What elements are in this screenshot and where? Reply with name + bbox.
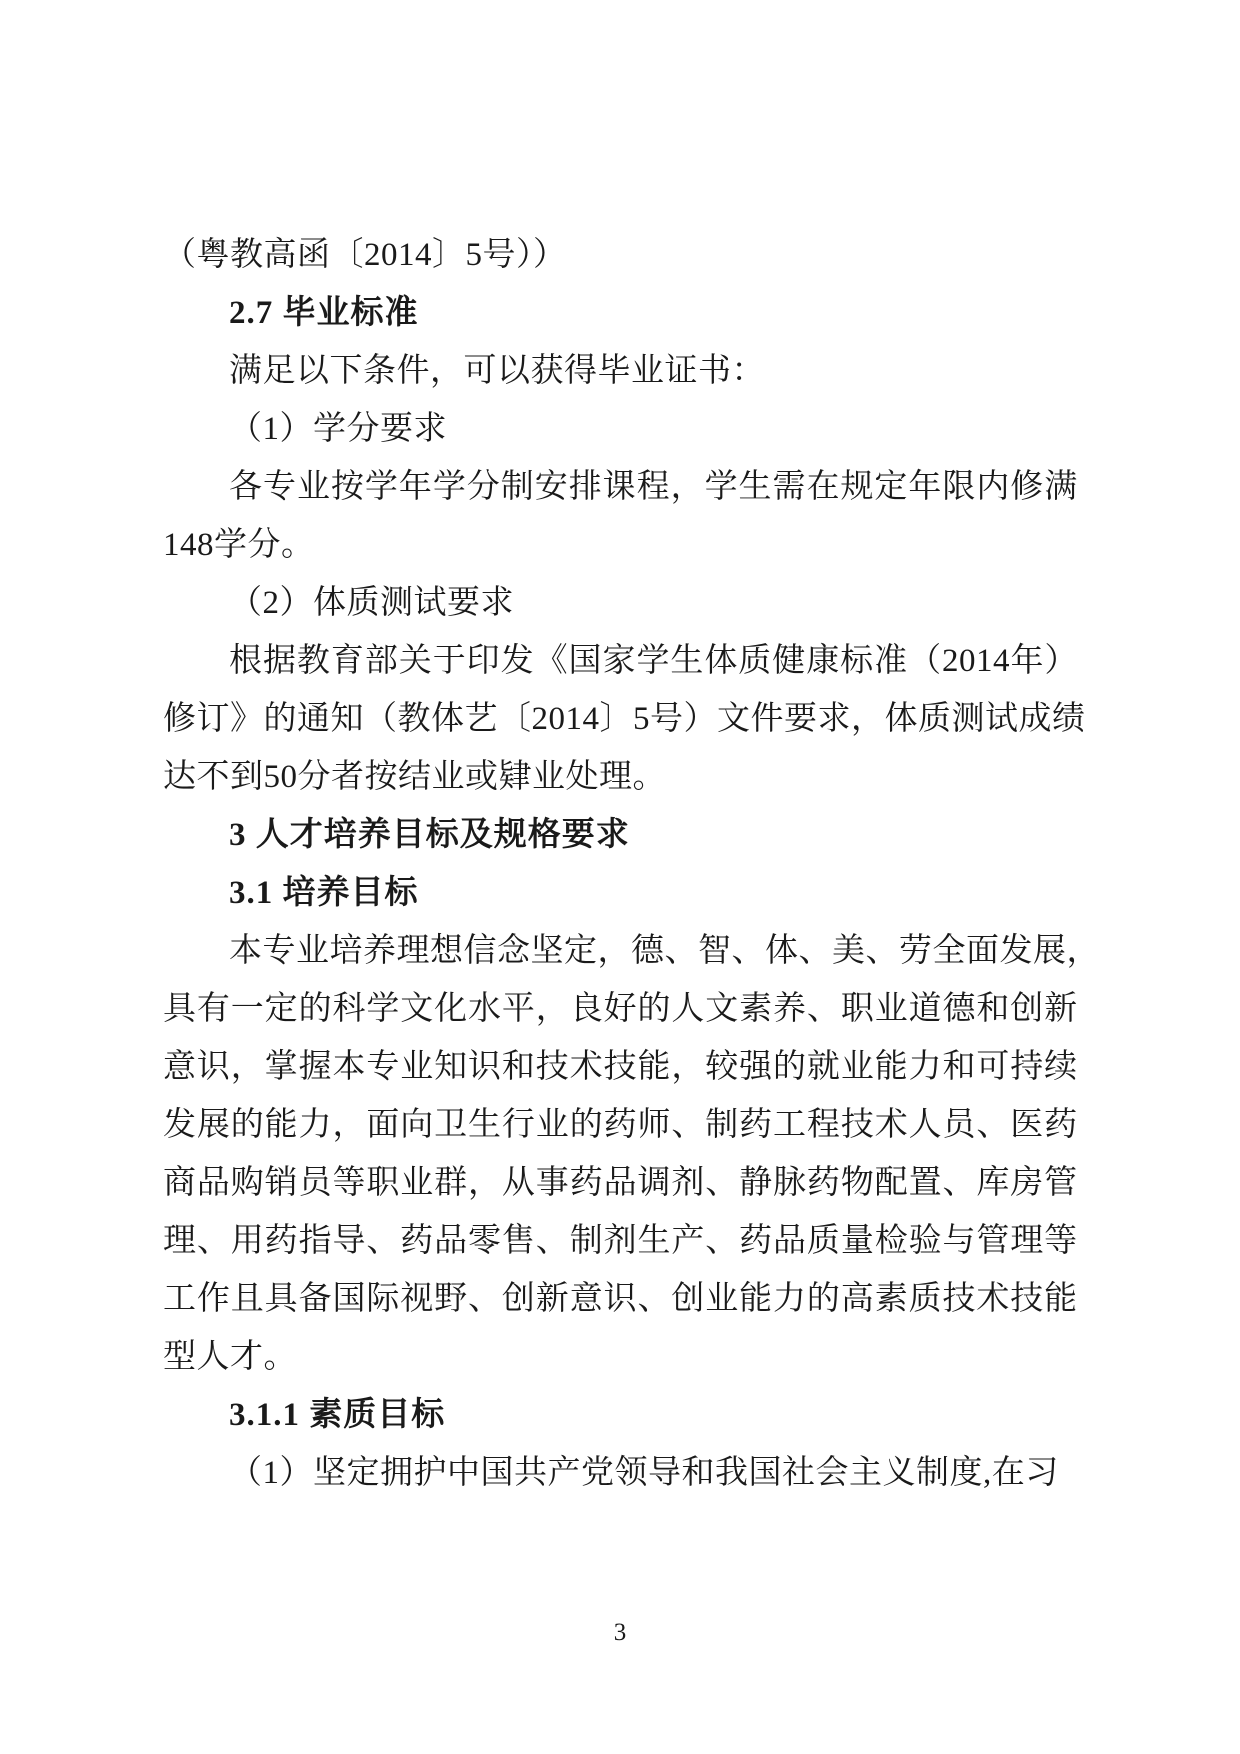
text-segment: 体 xyxy=(885,690,919,748)
text-segment: 、 xyxy=(536,1212,570,1270)
text-line: 各专业按学年学分制安排课程，学生需在规定年限内修满 xyxy=(163,458,1078,516)
page-body: （粤教高函〔2014〕5号））2.7 毕业标准满足以下条件，可以获得毕业证书：（… xyxy=(163,226,1078,1502)
text-segment: ， xyxy=(1067,922,1101,980)
text-segment: 、 xyxy=(942,1154,976,1212)
text-segment: 从 xyxy=(502,1154,536,1212)
text-segment: 群 xyxy=(434,1154,468,1212)
text-segment: 德 xyxy=(631,922,665,980)
text-segment: 业 xyxy=(875,980,909,1038)
text-segment: ） xyxy=(1044,632,1078,690)
text-segment: ， xyxy=(231,1038,265,1096)
text-segment: 全 xyxy=(933,922,967,980)
text-segment: 技 xyxy=(942,1270,976,1328)
page-number: 3 xyxy=(0,1612,1240,1654)
text-segment: 事 xyxy=(536,1154,570,1212)
text-segment: 关 xyxy=(399,632,433,690)
text-segment: ， xyxy=(468,1154,502,1212)
text-segment: 体 xyxy=(704,632,738,690)
text-segment: 水 xyxy=(468,980,502,1038)
text-segment: （ xyxy=(364,690,398,748)
text-segment: 剂 xyxy=(671,1154,705,1212)
text-segment: 专 xyxy=(263,922,297,980)
text-segment: 要 xyxy=(784,690,818,748)
text-segment: 修 xyxy=(1010,458,1044,516)
text-segment: 指 xyxy=(299,1212,333,1270)
text-segment: 识 xyxy=(604,1270,638,1328)
text-segment: 、 xyxy=(705,1154,739,1212)
text-segment: 新 xyxy=(1044,980,1078,1038)
text-line: 148学分。 xyxy=(163,516,1078,574)
text-segment: 业 xyxy=(536,1096,570,1154)
text-segment: 道 xyxy=(909,980,943,1038)
text-segment: 力 xyxy=(909,1038,943,1096)
text-segment: 生 xyxy=(739,458,773,516)
text-segment: 专 xyxy=(366,1038,400,1096)
text-segment: 面 xyxy=(966,922,1000,980)
text-segment: 的 xyxy=(299,980,333,1038)
text-segment: 、 xyxy=(732,922,766,980)
text-segment: 印 xyxy=(467,632,501,690)
text-segment: 养 xyxy=(773,980,807,1038)
text-segment: 续 xyxy=(1044,1038,1078,1096)
text-segment: 展 xyxy=(1033,922,1067,980)
text-segment: 创 xyxy=(502,1270,536,1328)
text-segment: 野 xyxy=(434,1270,468,1328)
text-segment: 力 xyxy=(299,1096,333,1154)
text-segment: 修 xyxy=(163,690,197,748)
text-segment: 成 xyxy=(1019,690,1053,748)
text-segment: 劳 xyxy=(899,922,933,980)
text-segment: 各 xyxy=(229,458,263,516)
text-segment: 业 xyxy=(400,1154,434,1212)
text-segment: 零 xyxy=(468,1212,502,1270)
section-heading: 3 人才培养目标及规格要求 xyxy=(163,806,1078,864)
text-segment: 物 xyxy=(841,1154,875,1212)
text-segment: 定 xyxy=(265,980,299,1038)
text-segment: 业 xyxy=(297,458,331,516)
text-segment: 按 xyxy=(331,458,365,516)
text-segment: 创 xyxy=(1010,980,1044,1038)
text-segment: 具 xyxy=(163,980,197,1038)
text-segment: 业 xyxy=(705,1270,739,1328)
text-segment: 规 xyxy=(840,458,874,516)
text-segment: 育 xyxy=(331,632,365,690)
text-segment: 能 xyxy=(739,1270,773,1328)
text-segment: 、 xyxy=(976,1096,1010,1154)
text-segment: 销 xyxy=(265,1154,299,1212)
text-segment: ） xyxy=(684,690,718,748)
text-segment: 德 xyxy=(942,980,976,1038)
text-segment: 想 xyxy=(430,922,464,980)
text-segment: 制 xyxy=(705,1096,739,1154)
text-segment: 管 xyxy=(976,1212,1010,1270)
section-heading: 3.1 培养目标 xyxy=(163,864,1078,922)
document-page: （粤教高函〔2014〕5号））2.7 毕业标准满足以下条件，可以获得毕业证书：（… xyxy=(0,0,1240,1754)
text-segment: ， xyxy=(671,458,705,516)
text-segment: 员 xyxy=(299,1154,333,1212)
text-segment: 化 xyxy=(434,980,468,1038)
text-segment: 人 xyxy=(671,980,705,1038)
text-segment: 技 xyxy=(841,1096,875,1154)
text-segment: 国 xyxy=(332,1270,366,1328)
text-segment: 面 xyxy=(366,1096,400,1154)
text-segment: ， xyxy=(851,690,885,748)
text-segment: 学 xyxy=(705,458,739,516)
text-segment: 药 xyxy=(400,1212,434,1270)
text-segment: 本 xyxy=(229,922,263,980)
text-segment: 号 xyxy=(650,690,684,748)
text-segment: 库 xyxy=(976,1154,1010,1212)
text-segment: 学 xyxy=(433,458,467,516)
text-segment: 》 xyxy=(230,690,264,748)
text-segment: 购 xyxy=(231,1154,265,1212)
text-segment: 平 xyxy=(502,980,536,1038)
text-segment: 订 xyxy=(197,690,231,748)
text-line: 型人才。 xyxy=(163,1328,1078,1386)
text-segment: 产 xyxy=(671,1212,705,1270)
text-segment: 质 xyxy=(918,690,952,748)
text-segment: 2014 xyxy=(532,690,600,748)
text-segment: 5 xyxy=(633,690,650,748)
text-segment: 的 xyxy=(637,980,671,1038)
text-segment: 视 xyxy=(400,1270,434,1328)
text-segment: 、 xyxy=(671,1096,705,1154)
text-segment: 技 xyxy=(604,1038,638,1096)
text-segment: 发 xyxy=(163,1096,197,1154)
text-segment: 一 xyxy=(231,980,265,1038)
text-segment: 家 xyxy=(602,632,636,690)
text-segment: 标 xyxy=(840,632,874,690)
text-line: 发展的能力，面向卫生行业的药师、制药工程技术人员、医药 xyxy=(163,1096,1078,1154)
text-segment: 2014 xyxy=(942,632,1010,690)
text-segment: 和 xyxy=(502,1038,536,1096)
text-segment: 的 xyxy=(264,690,298,748)
text-segment: 创 xyxy=(671,1270,705,1328)
text-segment: 满 xyxy=(1044,458,1078,516)
text-segment: 信 xyxy=(464,922,498,980)
text-segment: 程 xyxy=(637,458,671,516)
text-segment: ， xyxy=(598,922,632,980)
text-segment: 本 xyxy=(332,1038,366,1096)
text-segment: 工 xyxy=(163,1270,197,1328)
text-segment: 检 xyxy=(875,1212,909,1270)
text-segment: 内 xyxy=(976,458,1010,516)
text-segment: 理 xyxy=(163,1212,197,1270)
text-segment: 国 xyxy=(569,632,603,690)
text-segment: 程 xyxy=(807,1096,841,1154)
text-segment: 、 xyxy=(637,1270,671,1328)
text-segment: 可 xyxy=(976,1038,1010,1096)
text-segment: 《 xyxy=(535,632,569,690)
text-segment: 〕 xyxy=(600,690,634,748)
text-segment: 康 xyxy=(806,632,840,690)
text-segment: 配 xyxy=(875,1154,909,1212)
text-line: 具有一定的科学文化水平，良好的人文素养、职业道德和创新 xyxy=(163,980,1078,1038)
text-segment: ， xyxy=(332,1096,366,1154)
text-segment: 、 xyxy=(807,980,841,1038)
text-segment: 静 xyxy=(739,1154,773,1212)
text-segment: 年 xyxy=(908,458,942,516)
text-segment: 发 xyxy=(1000,922,1034,980)
text-segment: 验 xyxy=(909,1212,943,1270)
text-segment: 限 xyxy=(942,458,976,516)
text-segment: 文 xyxy=(717,690,751,748)
text-segment: 质 xyxy=(807,1212,841,1270)
text-segment: 、 xyxy=(665,922,699,980)
text-segment: 美 xyxy=(832,922,866,980)
text-segment: 生 xyxy=(468,1096,502,1154)
text-segment: 学 xyxy=(636,632,670,690)
text-segment: 展 xyxy=(197,1096,231,1154)
text-segment: 医 xyxy=(1010,1096,1044,1154)
text-segment: 的 xyxy=(773,1038,807,1096)
text-segment: 素 xyxy=(875,1270,909,1328)
text-segment: 教 xyxy=(398,690,432,748)
text-segment: 艺 xyxy=(465,690,499,748)
text-segment: 意 xyxy=(570,1270,604,1328)
text-segment: 品 xyxy=(197,1154,231,1212)
text-segment: 业 xyxy=(841,1038,875,1096)
text-segment: 文 xyxy=(400,980,434,1038)
text-segment: 理 xyxy=(397,922,431,980)
text-segment: 、 xyxy=(366,1212,400,1270)
text-segment: 技 xyxy=(1010,1270,1044,1328)
text-segment: 制 xyxy=(501,458,535,516)
text-segment: 力 xyxy=(773,1270,807,1328)
text-segment: 药 xyxy=(570,1154,604,1212)
text-segment: 科 xyxy=(332,980,366,1038)
text-segment: 、 xyxy=(468,1270,502,1328)
text-segment: 培 xyxy=(330,922,364,980)
text-segment: 需 xyxy=(773,458,807,516)
text-segment: 具 xyxy=(265,1270,299,1328)
section-heading: 3.1.1 素质目标 xyxy=(163,1386,1078,1444)
text-segment: 测 xyxy=(952,690,986,748)
text-segment: 向 xyxy=(400,1096,434,1154)
text-line: 商品购销员等职业群，从事药品调剂、静脉药物配置、库房管 xyxy=(163,1154,1078,1212)
text-segment: 根 xyxy=(229,632,263,690)
text-line: 满足以下条件，可以获得毕业证书： xyxy=(163,342,1078,400)
text-segment: 绩 xyxy=(1052,690,1086,748)
text-segment: 专 xyxy=(263,458,297,516)
text-segment: 药 xyxy=(807,1154,841,1212)
text-segment: 能 xyxy=(1044,1270,1078,1328)
text-segment: 管 xyxy=(1044,1154,1078,1212)
text-segment: 术 xyxy=(875,1096,909,1154)
text-segment: 排 xyxy=(569,458,603,516)
text-segment: 职 xyxy=(841,980,875,1038)
text-line: 理、用药指导、药品零售、制剂生产、药品质量检验与管理等 xyxy=(163,1212,1078,1270)
text-segment: 、 xyxy=(866,922,900,980)
text-segment: 能 xyxy=(265,1096,299,1154)
text-segment: 工 xyxy=(773,1096,807,1154)
text-segment: 调 xyxy=(637,1154,671,1212)
text-segment: 和 xyxy=(942,1038,976,1096)
text-segment: 作 xyxy=(197,1270,231,1328)
text-segment: 制 xyxy=(570,1212,604,1270)
text-segment: 房 xyxy=(1010,1154,1044,1212)
text-segment: 卫 xyxy=(434,1096,468,1154)
text-segment: 发 xyxy=(501,632,535,690)
text-segment: 高 xyxy=(841,1270,875,1328)
text-segment: 求 xyxy=(818,690,852,748)
text-segment: 行 xyxy=(502,1096,536,1154)
text-segment: 用 xyxy=(231,1212,265,1270)
text-segment: 人 xyxy=(909,1096,943,1154)
text-segment: 且 xyxy=(231,1270,265,1328)
text-segment: 知 xyxy=(331,690,365,748)
text-segment: 于 xyxy=(433,632,467,690)
text-segment: （ xyxy=(908,632,942,690)
text-segment: 员 xyxy=(942,1096,976,1154)
text-segment: 、 xyxy=(799,922,833,980)
text-segment: 课 xyxy=(603,458,637,516)
text-segment: 等 xyxy=(1044,1212,1078,1270)
text-segment: 有 xyxy=(197,980,231,1038)
text-segment: 技 xyxy=(536,1038,570,1096)
text-segment: 较 xyxy=(705,1038,739,1096)
text-line: （粤教高函〔2014〕5号）） xyxy=(163,226,1078,284)
text-segment: 年 xyxy=(399,458,433,516)
text-segment: 师 xyxy=(637,1096,671,1154)
text-segment: 安 xyxy=(535,458,569,516)
text-segment: 际 xyxy=(366,1270,400,1328)
text-segment: 养 xyxy=(363,922,397,980)
text-segment: 强 xyxy=(739,1038,773,1096)
text-segment: 部 xyxy=(365,632,399,690)
text-segment: 理 xyxy=(1010,1212,1044,1270)
text-segment: ， xyxy=(536,980,570,1038)
text-line: 工作且具备国际视野、创新意识、创业能力的高素质技术技能 xyxy=(163,1270,1078,1328)
text-segment: 新 xyxy=(536,1270,570,1328)
text-segment: 掌 xyxy=(265,1038,299,1096)
text-segment: 据 xyxy=(263,632,297,690)
text-segment: 学 xyxy=(366,980,400,1038)
text-segment: 业 xyxy=(296,922,330,980)
text-segment: 售 xyxy=(502,1212,536,1270)
text-segment: 脉 xyxy=(773,1154,807,1212)
text-segment: 年 xyxy=(1010,632,1044,690)
text-segment: 〔 xyxy=(498,690,532,748)
text-segment: 通 xyxy=(297,690,331,748)
text-segment: 念 xyxy=(497,922,531,980)
text-line: 意识，掌握本专业知识和技术技能，较强的就业能力和可持续 xyxy=(163,1038,1078,1096)
text-segment: 品 xyxy=(434,1212,468,1270)
text-segment: 生 xyxy=(637,1212,671,1270)
text-line: 修订》的通知（教体艺〔2014〕5号）文件要求，体质测试成绩 xyxy=(163,690,1078,748)
text-segment: 体 xyxy=(765,922,799,980)
text-segment: 健 xyxy=(772,632,806,690)
text-segment: 品 xyxy=(773,1212,807,1270)
text-segment: 持 xyxy=(1010,1038,1044,1096)
text-segment: 定 xyxy=(564,922,598,980)
text-segment: 药 xyxy=(1044,1096,1078,1154)
text-segment: 的 xyxy=(807,1270,841,1328)
text-segment: 体 xyxy=(431,690,465,748)
text-segment: 的 xyxy=(231,1096,265,1154)
text-segment: 术 xyxy=(570,1038,604,1096)
text-segment: 在 xyxy=(806,458,840,516)
text-segment: 良 xyxy=(570,980,604,1038)
text-line: 达不到50分者按结业或肄业处理。 xyxy=(163,748,1078,806)
text-segment: 的 xyxy=(570,1096,604,1154)
text-segment: 学 xyxy=(365,458,399,516)
text-line: （1）坚定拥护中国共产党领导和我国社会主义制度,在习 xyxy=(163,1444,1078,1502)
text-segment: 能 xyxy=(637,1038,671,1096)
text-segment: 药 xyxy=(265,1212,299,1270)
text-segment: ， xyxy=(671,1038,705,1096)
text-segment: 商 xyxy=(163,1154,197,1212)
text-segment: 件 xyxy=(751,690,785,748)
text-segment: 量 xyxy=(841,1212,875,1270)
text-segment: 品 xyxy=(604,1154,638,1212)
text-segment: 置 xyxy=(909,1154,943,1212)
text-segment: 导 xyxy=(332,1212,366,1270)
text-segment: 坚 xyxy=(531,922,565,980)
text-segment: 定 xyxy=(874,458,908,516)
text-segment: 智 xyxy=(698,922,732,980)
text-segment: 能 xyxy=(875,1038,909,1096)
text-segment: 知 xyxy=(434,1038,468,1096)
text-segment: 素 xyxy=(739,980,773,1038)
text-segment: 术 xyxy=(976,1270,1010,1328)
text-segment: 药 xyxy=(739,1212,773,1270)
text-segment: 好 xyxy=(604,980,638,1038)
text-segment: 等 xyxy=(332,1154,366,1212)
text-segment: 试 xyxy=(985,690,1019,748)
text-segment: 与 xyxy=(942,1212,976,1270)
text-line: 根据教育部关于印发《国家学生体质健康标准（2014年） xyxy=(163,632,1078,690)
text-line: （1）学分要求 xyxy=(163,400,1078,458)
text-line: （2）体质测试要求 xyxy=(163,574,1078,632)
text-segment: 备 xyxy=(299,1270,333,1328)
text-segment: 就 xyxy=(807,1038,841,1096)
text-line: 本专业培养理想信念坚定，德、智、体、美、劳全面发展， xyxy=(163,922,1078,980)
text-segment: 药 xyxy=(604,1096,638,1154)
text-segment: 意 xyxy=(163,1038,197,1096)
text-segment: 教 xyxy=(297,632,331,690)
text-segment: 生 xyxy=(670,632,704,690)
text-segment: 质 xyxy=(738,632,772,690)
section-heading: 2.7 毕业标准 xyxy=(163,284,1078,342)
text-segment: 文 xyxy=(705,980,739,1038)
text-segment: 识 xyxy=(468,1038,502,1096)
text-segment: 业 xyxy=(400,1038,434,1096)
text-segment: 识 xyxy=(197,1038,231,1096)
text-segment: 、 xyxy=(197,1212,231,1270)
text-segment: 准 xyxy=(874,632,908,690)
text-segment: 职 xyxy=(366,1154,400,1212)
text-segment: 剂 xyxy=(604,1212,638,1270)
text-segment: 质 xyxy=(909,1270,943,1328)
text-segment: 握 xyxy=(299,1038,333,1096)
text-segment: 和 xyxy=(976,980,1010,1038)
text-segment: 分 xyxy=(467,458,501,516)
text-segment: 药 xyxy=(739,1096,773,1154)
text-segment: 、 xyxy=(705,1212,739,1270)
